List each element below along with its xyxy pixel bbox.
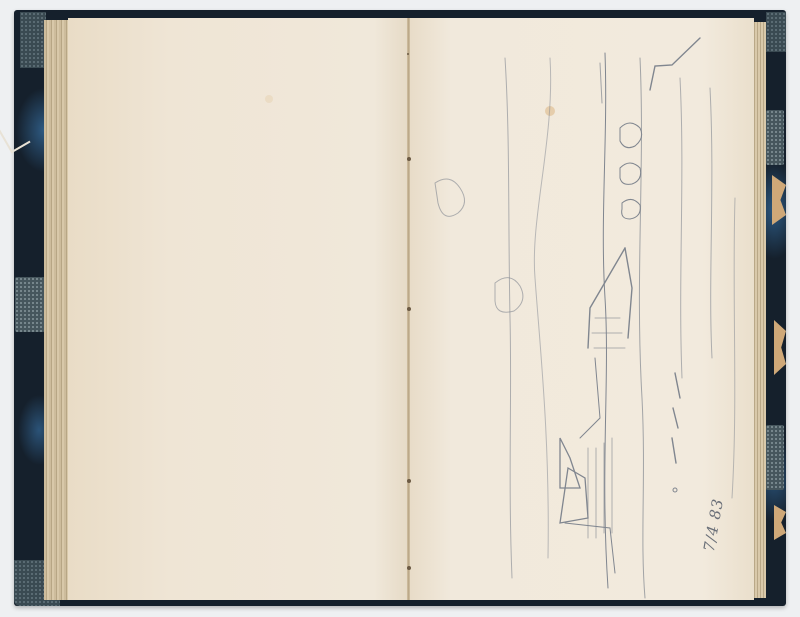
- clasp-tab-right-top: [766, 110, 784, 165]
- clasp-tab-left: [15, 277, 45, 332]
- clasp-tab-right-bottom: [766, 425, 784, 490]
- binding-stitch: [407, 53, 409, 55]
- left-page: [68, 18, 408, 600]
- cover-corner-top-right: [766, 12, 786, 52]
- page-block-edges-right: [752, 22, 766, 598]
- foxing-spot: [265, 95, 273, 103]
- sketchbook-photo: 7/4 83: [0, 0, 800, 617]
- page-block-edges-left: [44, 20, 70, 600]
- cover-corner-top-left: [20, 12, 46, 68]
- pencil-sketch: [410, 18, 754, 600]
